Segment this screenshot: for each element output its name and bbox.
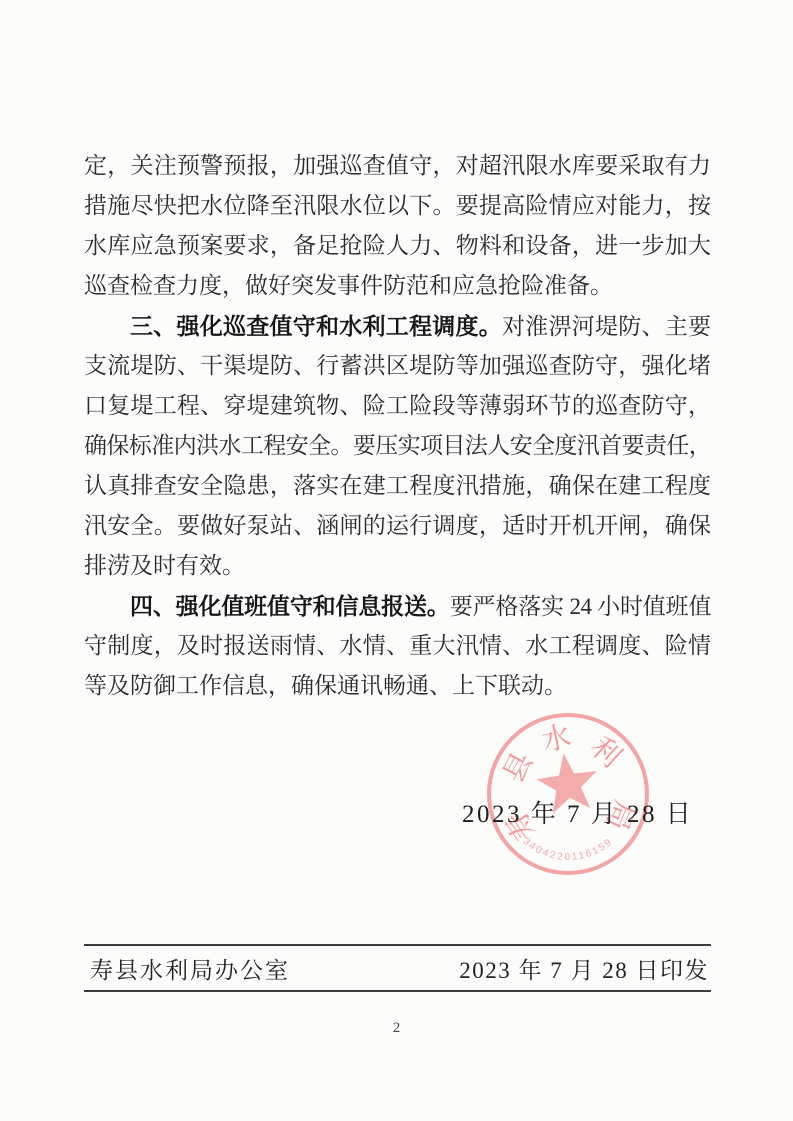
text-line: 三、强化巡查值守和水利工程调度。对淮淠河堤防、主要 (84, 306, 711, 346)
text-line: 水库应急预案要求，备足抢险人力、物料和设备，进一步加大 (84, 226, 711, 266)
line-text: 排涝及时有效。 (84, 553, 245, 578)
text-line: 巡查检查力度，做好突发事件防范和应急抢险准备。 (84, 266, 711, 306)
line-text: 要严格落实 24 小时值班值 (450, 594, 711, 619)
text-line: 等及防御工作信息，确保通讯畅通、上下联动。 (84, 666, 711, 706)
line-text: 等及防御工作信息，确保通讯畅通、上下联动。 (84, 673, 567, 698)
seal-code: 3404220116159 (521, 836, 616, 863)
text-line: 认真排查安全隐患，落实在建工程度汛措施，确保在建工程度 (84, 466, 711, 506)
line-text: 对淮淠河堤防、主要 (502, 314, 711, 339)
text-line: 确保标准内洪水工程安全。要压实项目法人安全度汛首要责任， (84, 426, 711, 466)
footer: 寿县水利局办公室 2023 年 7 月 28 日印发 (84, 944, 711, 992)
issue-date: 2023 年 7 月 28 日 (462, 794, 693, 830)
footer-row: 寿县水利局办公室 2023 年 7 月 28 日印发 (84, 946, 711, 992)
text-line: 四、强化值班值守和信息报送。要严格落实 24 小时值班值 (84, 586, 711, 626)
svg-text:3404220116159: 3404220116159 (521, 836, 616, 863)
footer-print-date: 2023 年 7 月 28 日印发 (459, 952, 709, 985)
text-line: 定，关注预警预报，加强巡查值守，对超汛限水库要采取有力 (84, 146, 711, 186)
seal-char: 水 (539, 720, 574, 758)
text-line: 汛安全。要做好泵站、涵闸的运行调度，适时开机开闸，确保 (84, 506, 711, 546)
line-text: 巡查检查力度，做好突发事件防范和应急抢险准备。 (84, 273, 613, 298)
line-text: 定，关注预警预报，加强巡查值守，对超汛限水库要采取有力 (84, 153, 711, 178)
line-text: 支流堤防、干渠堤防、行蓄洪区堤防等加强巡查防守，强化堵 (84, 353, 711, 378)
text-line: 守制度，及时报送雨情、水情、重大汛情、水工程调度、险情 (84, 626, 711, 666)
line-text: 守制度，及时报送雨情、水情、重大汛情、水工程调度、险情 (84, 633, 711, 658)
text-line: 支流堤防、干渠堤防、行蓄洪区堤防等加强巡查防守，强化堵 (84, 346, 711, 386)
seal-char: 县 (498, 747, 540, 788)
section-heading: 三、强化巡查值守和水利工程调度。 (130, 313, 502, 339)
document-body: 定，关注预警预报，加强巡查值守，对超汛限水库要采取有力措施尽快把水位降至汛限水位… (84, 146, 711, 706)
text-line: 措施尽快把水位降至汛限水位以下。要提高险情应对能力，按 (84, 186, 711, 226)
document-page: 定，关注预警预报，加强巡查值守，对超汛限水库要采取有力措施尽快把水位降至汛限水位… (0, 0, 793, 1121)
line-text: 认真排查安全隐患，落实在建工程度汛措施，确保在建工程度 (84, 473, 711, 498)
text-line: 口复堤工程、穿堤建筑物、险工险段等薄弱环节的巡查防守， (84, 386, 711, 426)
line-text: 确保标准内洪水工程安全。要压实项目法人安全度汛首要责任， (84, 433, 711, 458)
section-heading: 四、强化值班值守和信息报送。 (130, 593, 450, 619)
line-text: 措施尽快把水位降至汛限水位以下。要提高险情应对能力，按 (84, 193, 711, 218)
line-text: 汛安全。要做好泵站、涵闸的运行调度，适时开机开闸，确保 (84, 513, 711, 538)
page-number: 2 (0, 1020, 793, 1037)
footer-office: 寿县水利局办公室 (90, 952, 290, 985)
text-line: 排涝及时有效。 (84, 546, 711, 586)
line-text: 口复堤工程、穿堤建筑物、险工险段等薄弱环节的巡查防守， (84, 393, 711, 418)
line-text: 水库应急预案要求，备足抢险人力、物料和设备，进一步加大 (84, 233, 711, 258)
